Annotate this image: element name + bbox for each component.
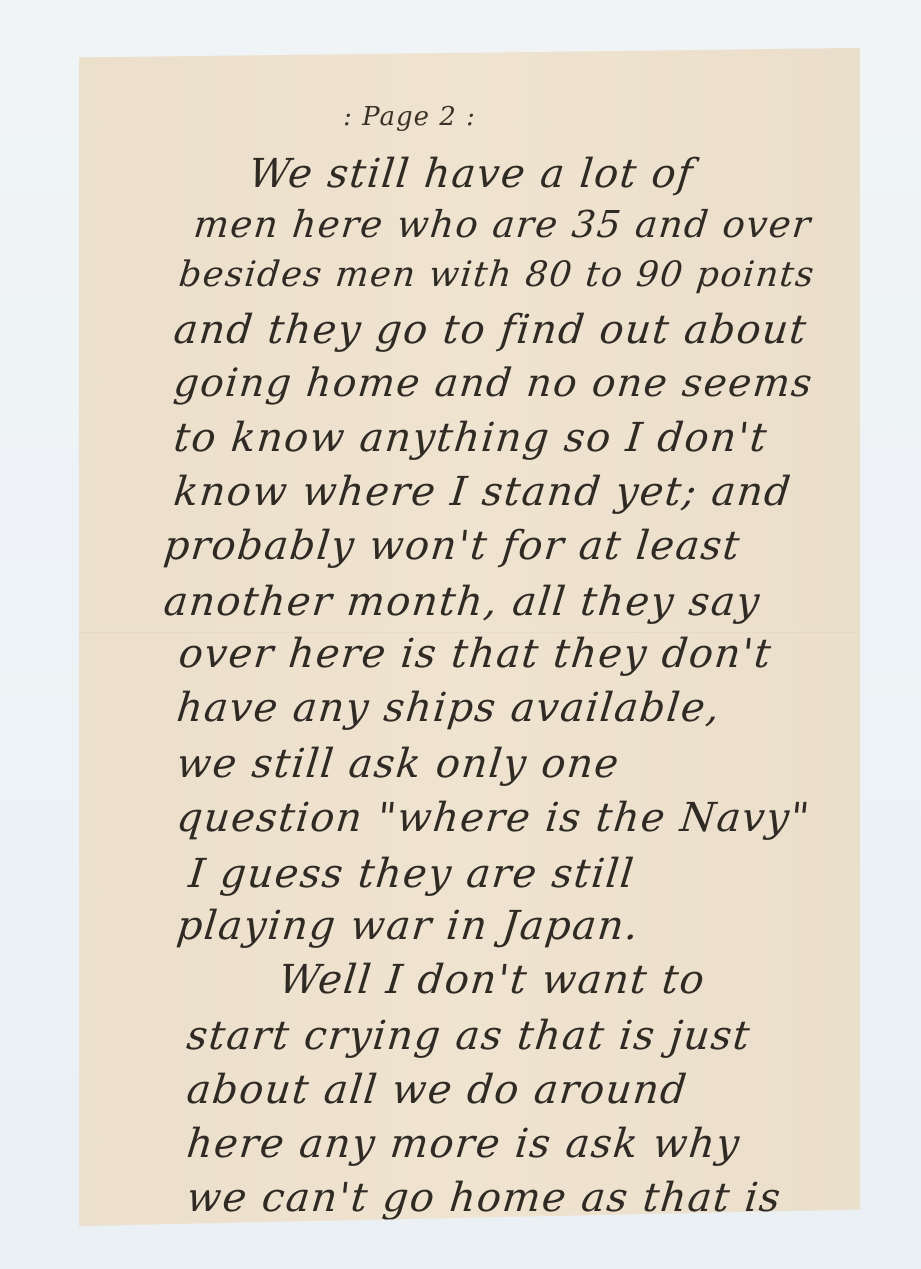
letter-line: We still have a lot of bbox=[247, 154, 696, 194]
letter-line: besides men with 80 to 90 points bbox=[177, 258, 816, 293]
letter-line: to know anything so I don't bbox=[172, 418, 770, 458]
letter-line: over here is that they don't bbox=[177, 634, 774, 674]
letter-line: I guess they are still bbox=[187, 854, 637, 894]
letter-line: probably won't for at least bbox=[162, 526, 743, 566]
letter-line: Well I don't want to bbox=[277, 960, 708, 1000]
letter-line: going home and no one seems bbox=[172, 364, 815, 403]
page-number-heading: : Page 2 : bbox=[79, 102, 860, 132]
letter-line: men here who are 35 and over bbox=[192, 206, 813, 243]
letter-line: and they go to find out about bbox=[172, 310, 809, 350]
letter-line: playing war in Japan. bbox=[175, 906, 641, 946]
letter-line: start crying as that is just bbox=[185, 1016, 753, 1056]
letter-line: know where I stand yet; and bbox=[172, 472, 794, 512]
letter-line: we can't go home as that is bbox=[185, 1178, 784, 1218]
letter-page: : Page 2 : We still have a lot of men he… bbox=[79, 48, 860, 1226]
letter-line: question "where is the Navy" bbox=[175, 798, 812, 838]
letter-line: about all we do around bbox=[185, 1070, 690, 1110]
letter-line: here any more is ask why bbox=[185, 1124, 743, 1164]
letter-line: have any ships available, bbox=[175, 688, 723, 728]
letter-line: another month, all they say bbox=[162, 582, 763, 622]
letter-line: we still ask only one bbox=[175, 744, 622, 784]
